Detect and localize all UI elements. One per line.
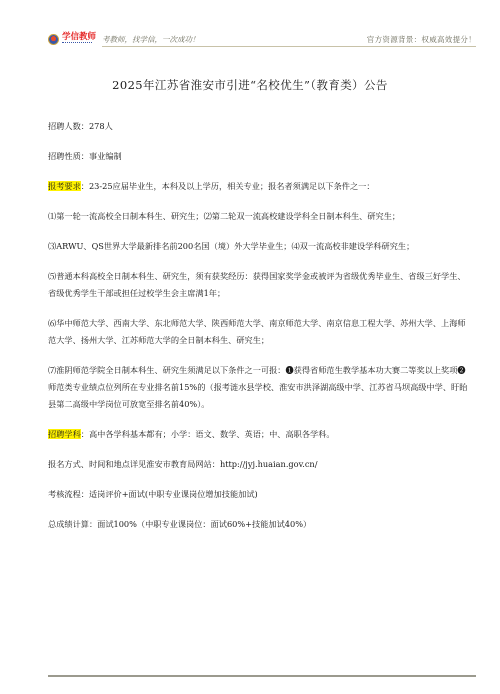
document-title: 2025年江苏省淮安市引进“名校优生”（教育类）公告 — [0, 77, 500, 93]
header-rule: 考教师，找学信，一次成功！ 官方资源背景：权威高效提分！ — [102, 32, 476, 47]
subjects-text: ：高中各学科基本都有；小学：语文、数学、英语；中、高职各学科。 — [81, 429, 335, 439]
document-body: 招聘人数：278人 招聘性质：事业编制 报考要求：23-25应届毕业生，本科及以… — [48, 118, 468, 546]
condition-1-2: ⑴第一轮一流高校全日制本科生、研究生；⑵第二轮双一流高校建设学科全日制本科生、研… — [48, 208, 468, 225]
requirements-label: 报考要求 — [48, 181, 81, 191]
assessment-process: 考核流程：适岗评价+面试(中职专业课岗位增加技能加试) — [48, 486, 468, 503]
recruit-count-label: 招聘人数： — [48, 121, 89, 131]
requirements: 报考要求：23-25应届毕业生，本科及以上学历，相关专业；报名者须满足以下条件之… — [48, 178, 468, 195]
logo-underline — [62, 42, 92, 45]
subjects-label: 招聘学科 — [48, 429, 81, 439]
recruit-nature: 招聘性质：事业编制 — [48, 148, 468, 165]
score-calculation: 总成绩计算：面试100%（中职专业课岗位：面试60%+技能加试40%） — [48, 516, 468, 533]
header-slogan: 考教师，找学信，一次成功！ — [102, 34, 200, 46]
recruit-count-value: 278人 — [89, 121, 113, 131]
condition-5: ⑸普通本科高校全日制本科生、研究生，须有获奖经历：获得国家奖学金或被评为省级优秀… — [48, 268, 468, 302]
footer-rule — [48, 675, 476, 677]
requirements-text: ：23-25应届毕业生，本科及以上学历，相关专业；报名者须满足以下条件之一： — [81, 181, 375, 191]
subjects: 招聘学科：高中各学科基本都有；小学：语文、数学、英语；中、高职各学科。 — [48, 426, 468, 443]
recruit-nature-label: 招聘性质： — [48, 151, 89, 161]
registration-info: 报名方式、时间和地点详见淮安市教育局网站：http://jyj.huaian.g… — [48, 456, 468, 473]
condition-6: ⑹华中师范大学、西南大学、东北师范大学、陕西师范大学、南京师范大学、南京信息工程… — [48, 315, 468, 349]
logo-wordmark: 学信教师 — [62, 33, 96, 46]
logo-text: 学信教师 — [62, 33, 96, 42]
page-header: 学信教师 考教师，找学信，一次成功！ 官方资源背景：权威高效提分！ — [48, 31, 476, 47]
recruit-count: 招聘人数：278人 — [48, 118, 468, 135]
condition-7: ⑺淮阴师范学院全日制本科生、研究生须满足以下条件之一可报：❶获得省师范生教学基本… — [48, 362, 468, 413]
header-tagline: 官方资源背景：权威高效提分！ — [367, 34, 476, 46]
logo-emblem-icon — [48, 34, 59, 45]
logo: 学信教师 — [48, 31, 96, 47]
condition-3-4: ⑶ARWU、QS世界大学最新排名前200名国（境）外大学毕业生；⑷双一流高校非建… — [48, 238, 468, 255]
recruit-nature-value: 事业编制 — [89, 151, 122, 161]
